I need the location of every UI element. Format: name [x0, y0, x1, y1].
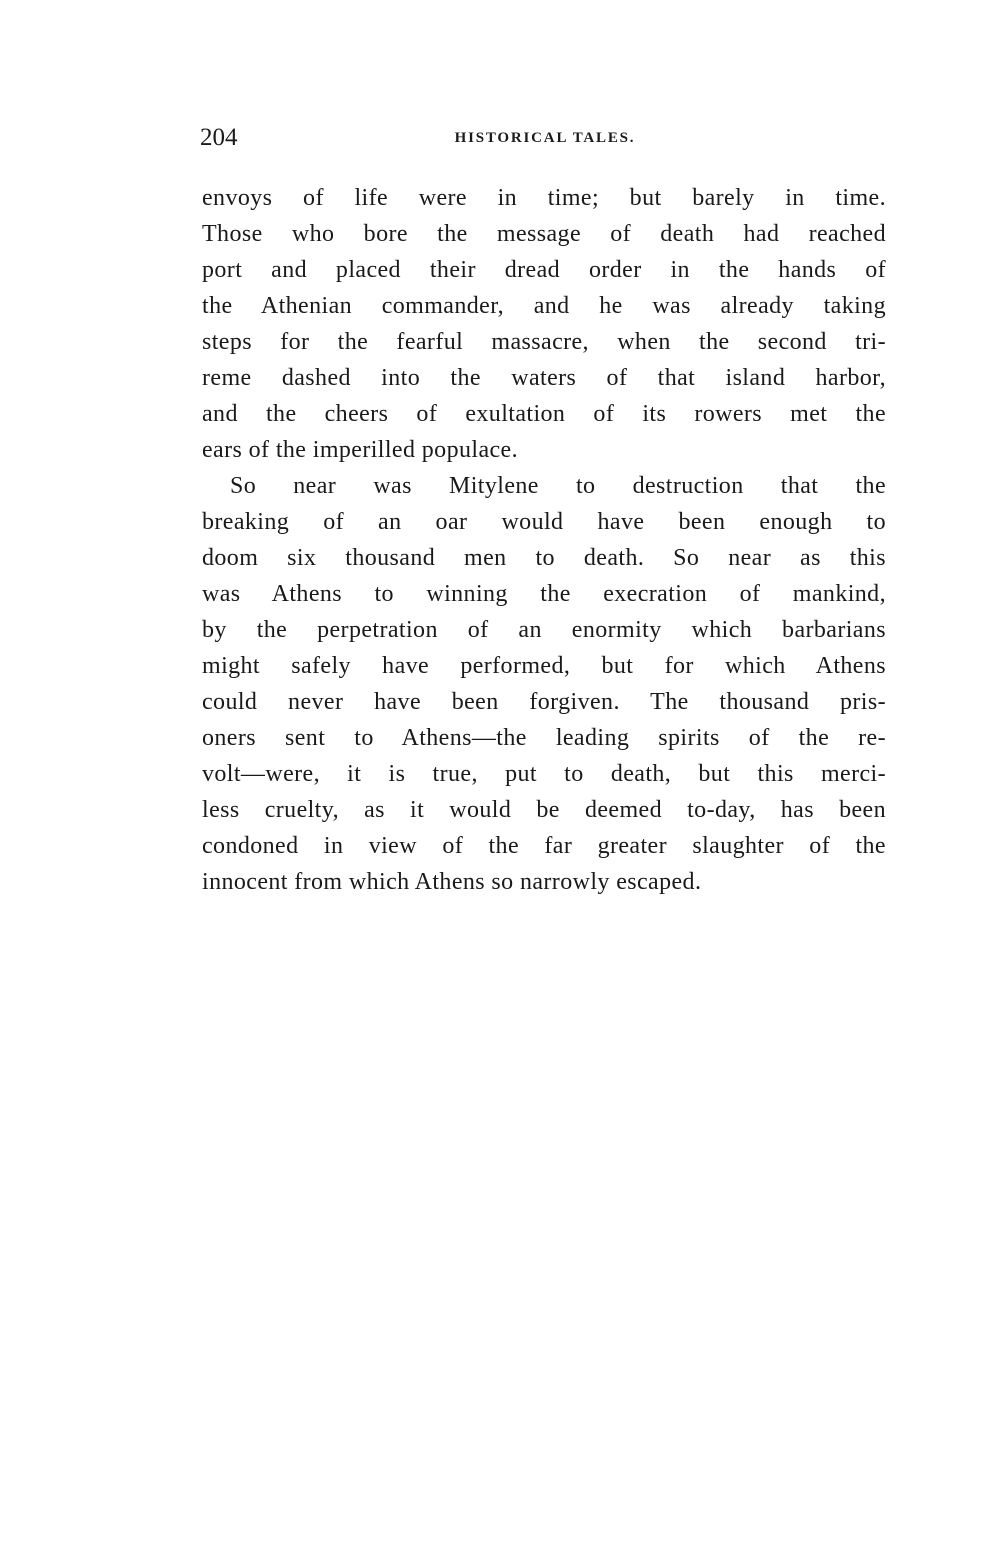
- text-line: condoned in view of the far greater slau…: [202, 828, 886, 864]
- text-line: oners sent to Athens—the leading spirits…: [202, 720, 886, 756]
- text-line: So near was Mitylene to destruction that…: [202, 468, 886, 504]
- text-line: the Athenian commander, and he was alrea…: [202, 288, 886, 324]
- text-line: by the perpetration of an enormity which…: [202, 612, 886, 648]
- text-line: might safely have performed, but for whi…: [202, 648, 886, 684]
- text-line: port and placed their dread order in the…: [202, 252, 886, 288]
- paragraph-2: So near was Mitylene to destruction that…: [202, 468, 886, 900]
- text-line: Those who bore the message of death had …: [202, 216, 886, 252]
- text-line: volt—were, it is true, put to death, but…: [202, 756, 886, 792]
- text-line: breaking of an oar would have been enoug…: [202, 504, 886, 540]
- book-page: 204 HISTORICAL TALES. envoys of life wer…: [0, 0, 1000, 1564]
- text-line: less cruelty, as it would be deemed to-d…: [202, 792, 886, 828]
- body-text: envoys of life were in time; but barely …: [202, 180, 886, 900]
- text-line: could never have been forgiven. The thou…: [202, 684, 886, 720]
- text-line: steps for the fearful massacre, when the…: [202, 324, 886, 360]
- text-line: envoys of life were in time; but barely …: [202, 180, 886, 216]
- running-title: HISTORICAL TALES.: [200, 130, 890, 147]
- text-line: ears of the imperilled populace.: [202, 432, 886, 468]
- text-line: innocent from which Athens so narrowly e…: [202, 864, 886, 900]
- text-line: reme dashed into the waters of that isla…: [202, 360, 886, 396]
- text-line: and the cheers of exultation of its rowe…: [202, 396, 886, 432]
- text-line: doom six thousand men to death. So near …: [202, 540, 886, 576]
- text-line: was Athens to winning the execration of …: [202, 576, 886, 612]
- running-head: 204 HISTORICAL TALES.: [200, 124, 890, 154]
- paragraph-1: envoys of life were in time; but barely …: [202, 180, 886, 468]
